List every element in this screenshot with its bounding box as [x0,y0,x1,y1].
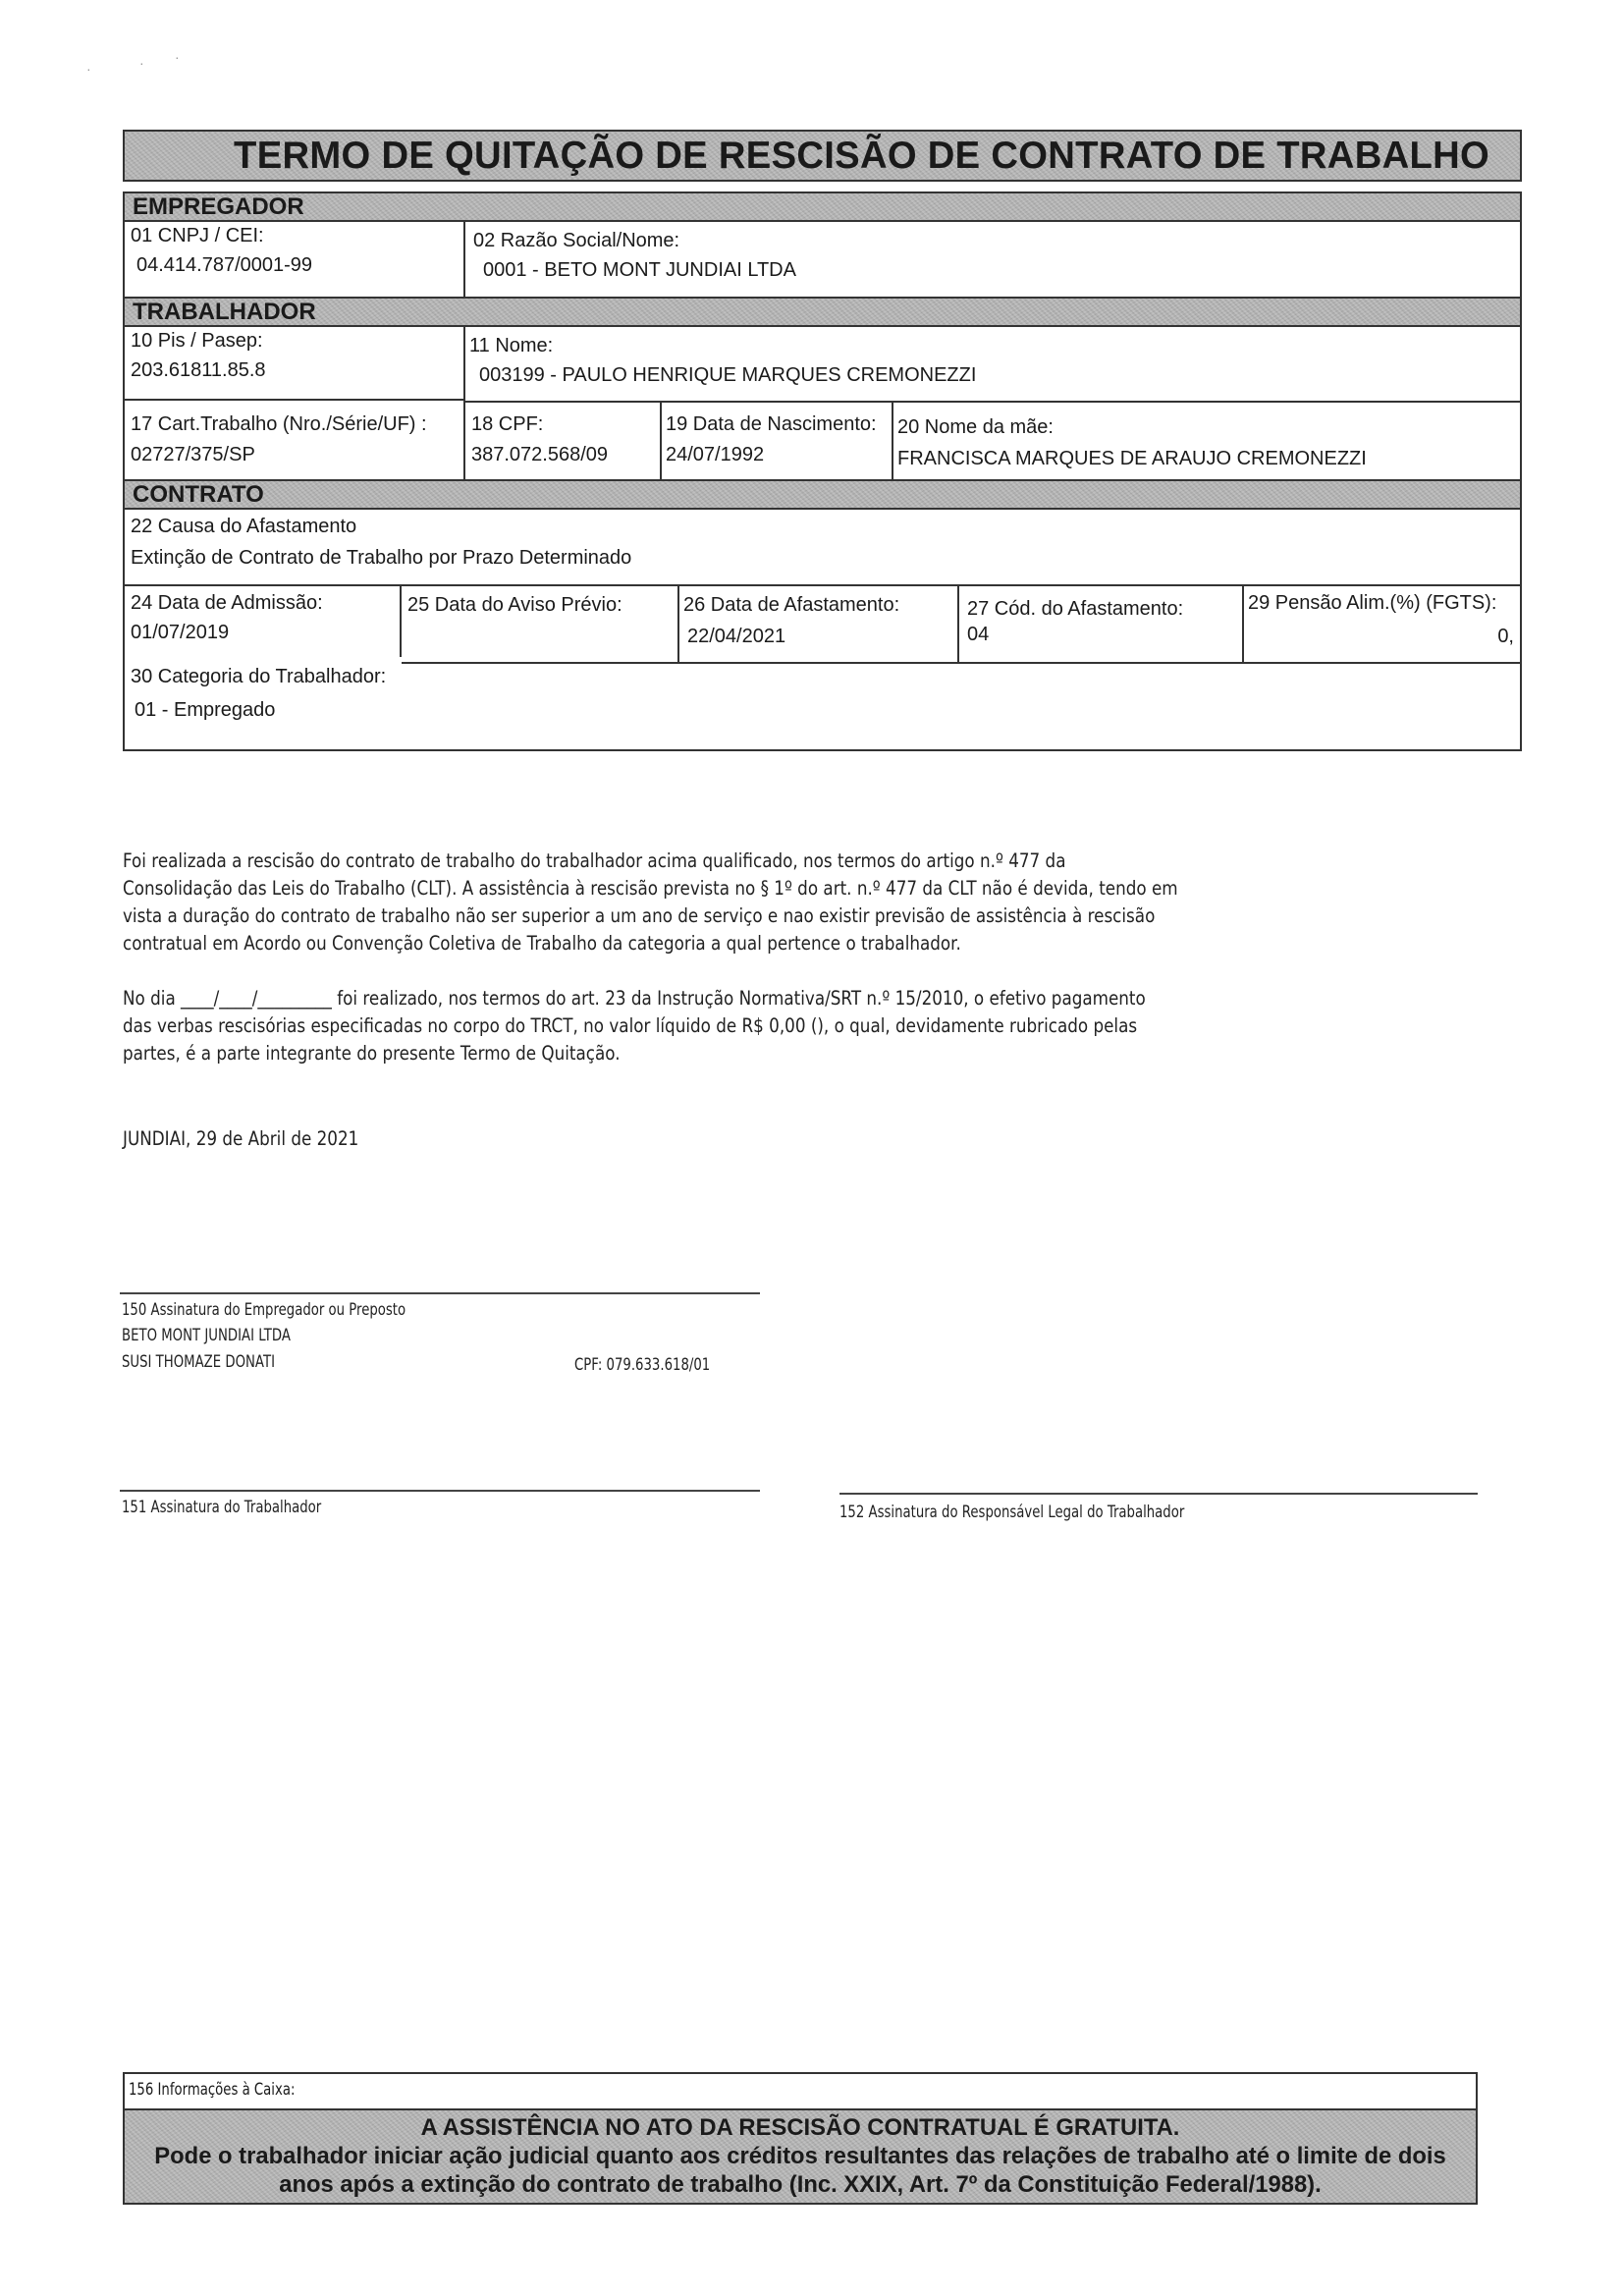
field-cpf: 18 CPF: 387.072.568/09 [465,401,662,479]
rescission-statement-line: Consolidação das Leis do Trabalho (CLT).… [123,875,1415,902]
cpf-label: 18 CPF: [471,413,543,436]
field-categoria-trabalhador: 30 Categoria do Trabalhador: 01 - Empreg… [125,664,1522,749]
nome-value: 003199 - PAULO HENRIQUE MARQUES CREMONEZ… [479,364,976,387]
mae-label: 20 Nome da mãe: [897,416,1054,439]
payment-statement-line: das verbas rescisórias especificadas no … [123,1012,1415,1040]
employer-signature-line [120,1292,760,1294]
nascimento-label: 19 Data de Nascimento: [666,413,877,436]
section-empregador-label: EMPREGADOR [125,193,304,220]
mae-value: FRANCISCA MARQUES DE ARAUJO CREMONEZZI [897,448,1367,470]
ctps-label: 17 Cart.Trabalho (Nro./Série/UF) : [131,413,427,436]
document-title: TERMO DE QUITAÇÃO DE RESCISÃO DE CONTRAT… [234,132,1489,181]
pensao-value: 0, [1497,626,1514,648]
ctps-value: 02727/375/SP [131,444,255,466]
legal-notice-title: A ASSISTÊNCIA NO ATO DA RESCISÃO CONTRAT… [131,2113,1470,2142]
field-pis: 10 Pis / Pasep: 203.61811.85.8 [125,327,465,401]
scan-artifact: · [139,55,144,71]
caixa-info-box: 156 Informações à Caixa: A ASSISTÊNCIA N… [123,2072,1478,2205]
pensao-label: 29 Pensão Alim.(%) (FGTS): [1248,592,1496,615]
causa-value: Extinção de Contrato de Trabalho por Pra… [131,547,631,570]
payment-statement-line: No dia ____/____/_________ foi realizado… [123,985,1415,1012]
section-contrato-label: CONTRATO [125,481,264,508]
field-cnpj: 01 CNPJ / CEI: 04.414.787/0001-99 [125,222,465,297]
field-data-afastamento: 26 Data de Afastamento: 22/04/2021 [679,586,959,664]
admissao-value: 01/07/2019 [131,622,229,644]
cpf-value: 387.072.568/09 [471,444,608,466]
categoria-value: 01 - Empregado [135,699,275,722]
worker-signature-line [120,1490,760,1492]
employer-representative-cpf: CPF: 079.633.618/01 [574,1355,710,1375]
aviso-label: 25 Data do Aviso Prévio: [407,594,622,617]
field-nome: 11 Nome: 003199 - PAULO HENRIQUE MARQUES… [465,327,1522,403]
section-contrato-header: CONTRATO [125,479,1520,510]
legal-rep-signature-label: 152 Assinatura do Responsável Legal do T… [839,1503,1184,1522]
legal-notice-line: anos após a extinção do contrato de trab… [131,2170,1470,2199]
scan-artifact: · [86,61,91,77]
place-date: JUNDIAI, 29 de Abril de 2021 [123,1125,1415,1153]
razao-social-value: 0001 - BETO MONT JUNDIAI LTDA [483,259,796,282]
scan-artifact: · [175,49,180,65]
cod-afastamento-label: 27 Cód. do Afastamento: [967,598,1183,621]
categoria-label: 30 Categoria do Trabalhador: [131,666,386,688]
razao-social-label: 02 Razão Social/Nome: [473,230,679,252]
nascimento-value: 24/07/1992 [666,444,764,466]
cnpj-value: 04.414.787/0001-99 [136,254,312,277]
field-data-nascimento: 19 Data de Nascimento: 24/07/1992 [662,401,893,479]
legal-notice: A ASSISTÊNCIA NO ATO DA RESCISÃO CONTRAT… [125,2108,1476,2203]
rescission-statement-line: contratual em Acordo ou Convenção Coleti… [123,930,1415,957]
employer-representative-name: SUSI THOMAZE DONATI [122,1352,275,1372]
field-cod-afastamento: 27 Cód. do Afastamento: 04 [959,586,1244,664]
admissao-label: 24 Data de Admissão: [131,592,323,615]
field-nome-mae: 20 Nome da mãe: FRANCISCA MARQUES DE ARA… [893,403,1522,479]
nome-label: 11 Nome: [469,335,553,357]
pis-value: 203.61811.85.8 [131,359,266,382]
afastamento-label: 26 Data de Afastamento: [683,594,899,617]
payment-statement-line: partes, é a parte integrante do presente… [123,1040,1415,1067]
caixa-info-label: 156 Informações à Caixa: [129,2080,295,2100]
rescission-statement: Foi realizada a rescisão do contrato de … [123,847,1415,957]
field-razao-social: 02 Razão Social/Nome: 0001 - BETO MONT J… [465,222,1522,297]
rescission-statement-line: vista a duração do contrato de trabalho … [123,902,1415,930]
document-title-bar: TERMO DE QUITAÇÃO DE RESCISÃO DE CONTRAT… [123,130,1522,182]
employer-company-name: BETO MONT JUNDIAI LTDA [122,1326,291,1345]
rescission-statement-line: Foi realizada a rescisão do contrato de … [123,847,1415,875]
section-trabalhador-label: TRABALHADOR [125,299,316,325]
employer-signature-label: 150 Assinatura do Empregador ou Preposto [122,1300,406,1320]
section-empregador-header: EMPREGADOR [125,191,1520,222]
cod-afastamento-value: 04 [967,624,989,646]
place-date-text: JUNDIAI, 29 de Abril de 2021 [123,1125,1415,1153]
form-table: EMPREGADOR 01 CNPJ / CEI: 04.414.787/000… [123,191,1522,751]
field-data-aviso-previo: 25 Data do Aviso Prévio: [402,586,679,664]
legal-rep-signature-line [839,1493,1478,1495]
field-ctps: 17 Cart.Trabalho (Nro./Série/UF) : 02727… [125,401,465,479]
causa-label: 22 Causa do Afastamento [131,516,356,538]
field-causa-afastamento: 22 Causa do Afastamento Extinção de Cont… [125,510,1522,586]
legal-notice-line: Pode o trabalhador iniciar ação judicial… [131,2142,1470,2170]
pis-label: 10 Pis / Pasep: [131,330,263,353]
cnpj-label: 01 CNPJ / CEI: [131,225,264,247]
afastamento-value: 22/04/2021 [687,626,785,648]
worker-signature-label: 151 Assinatura do Trabalhador [122,1498,321,1517]
field-data-admissao: 24 Data de Admissão: 01/07/2019 [125,586,402,657]
section-trabalhador-header: TRABALHADOR [125,297,1520,327]
payment-statement: No dia ____/____/_________ foi realizado… [123,985,1415,1067]
field-pensao-alimenticia: 29 Pensão Alim.(%) (FGTS): 0, [1244,586,1522,664]
